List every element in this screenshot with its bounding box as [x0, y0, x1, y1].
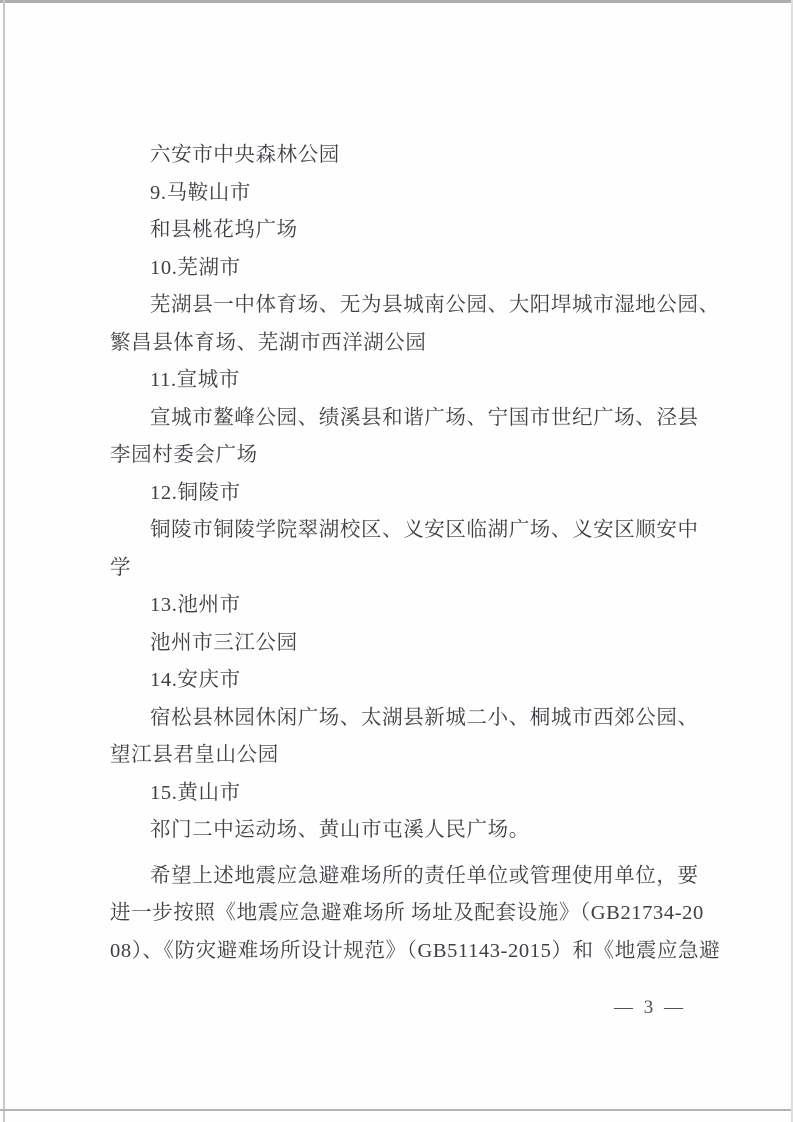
- document-line: 9.马鞍山市: [110, 175, 725, 213]
- document-line: 08）、《防灾避难场所设计规范》（GB51143-2015）和《地震应急避: [110, 933, 725, 971]
- scan-border-bottom: [0, 1109, 793, 1111]
- document-line: 13.池州市: [110, 587, 725, 625]
- document-line: 望江县君皇山公园: [110, 737, 725, 775]
- document-body: 六安市中央森林公园 9.马鞍山市 和县桃花坞广场 10.芜湖市 芜湖县一中体育场…: [110, 137, 725, 970]
- document-page: 六安市中央森林公园 9.马鞍山市 和县桃花坞广场 10.芜湖市 芜湖县一中体育场…: [0, 0, 793, 1122]
- document-line: 芜湖县一中体育场、无为县城南公园、大阳垾城市湿地公园、: [110, 287, 725, 325]
- document-line: 学: [110, 550, 725, 588]
- document-line: 宿松县林园休闲广场、太湖县新城二小、桐城市西郊公园、: [110, 700, 725, 738]
- document-line: 11.宣城市: [110, 362, 725, 400]
- scan-border-left: [3, 0, 5, 1122]
- scan-border-top: [0, 0, 793, 3]
- document-line: 池州市三江公园: [110, 625, 725, 663]
- document-line: 繁昌县体育场、芜湖市西洋湖公园: [110, 325, 725, 363]
- page-number: — 3 —: [610, 996, 690, 1020]
- document-line: 希望上述地震应急避难场所的责任单位或管理使用单位，要: [110, 858, 725, 896]
- document-line: 12.铜陵市: [110, 475, 725, 513]
- document-line: 14.安庆市: [110, 662, 725, 700]
- document-line: 和县桃花坞广场: [110, 212, 725, 250]
- document-line: 15.黄山市: [110, 775, 725, 813]
- document-line: 进一步按照《地震应急避难场所 场址及配套设施》（GB21734-20: [110, 895, 725, 933]
- document-line: 六安市中央森林公园: [110, 137, 725, 175]
- document-line: 祁门二中运动场、黄山市屯溪人民广场。: [110, 812, 725, 850]
- document-line: 李园村委会广场: [110, 437, 725, 475]
- document-line: 10.芜湖市: [110, 250, 725, 288]
- document-line: 铜陵市铜陵学院翠湖校区、义安区临湖广场、义安区顺安中: [110, 512, 725, 550]
- document-line: 宣城市鳌峰公园、绩溪县和谐广场、宁国市世纪广场、泾县: [110, 400, 725, 438]
